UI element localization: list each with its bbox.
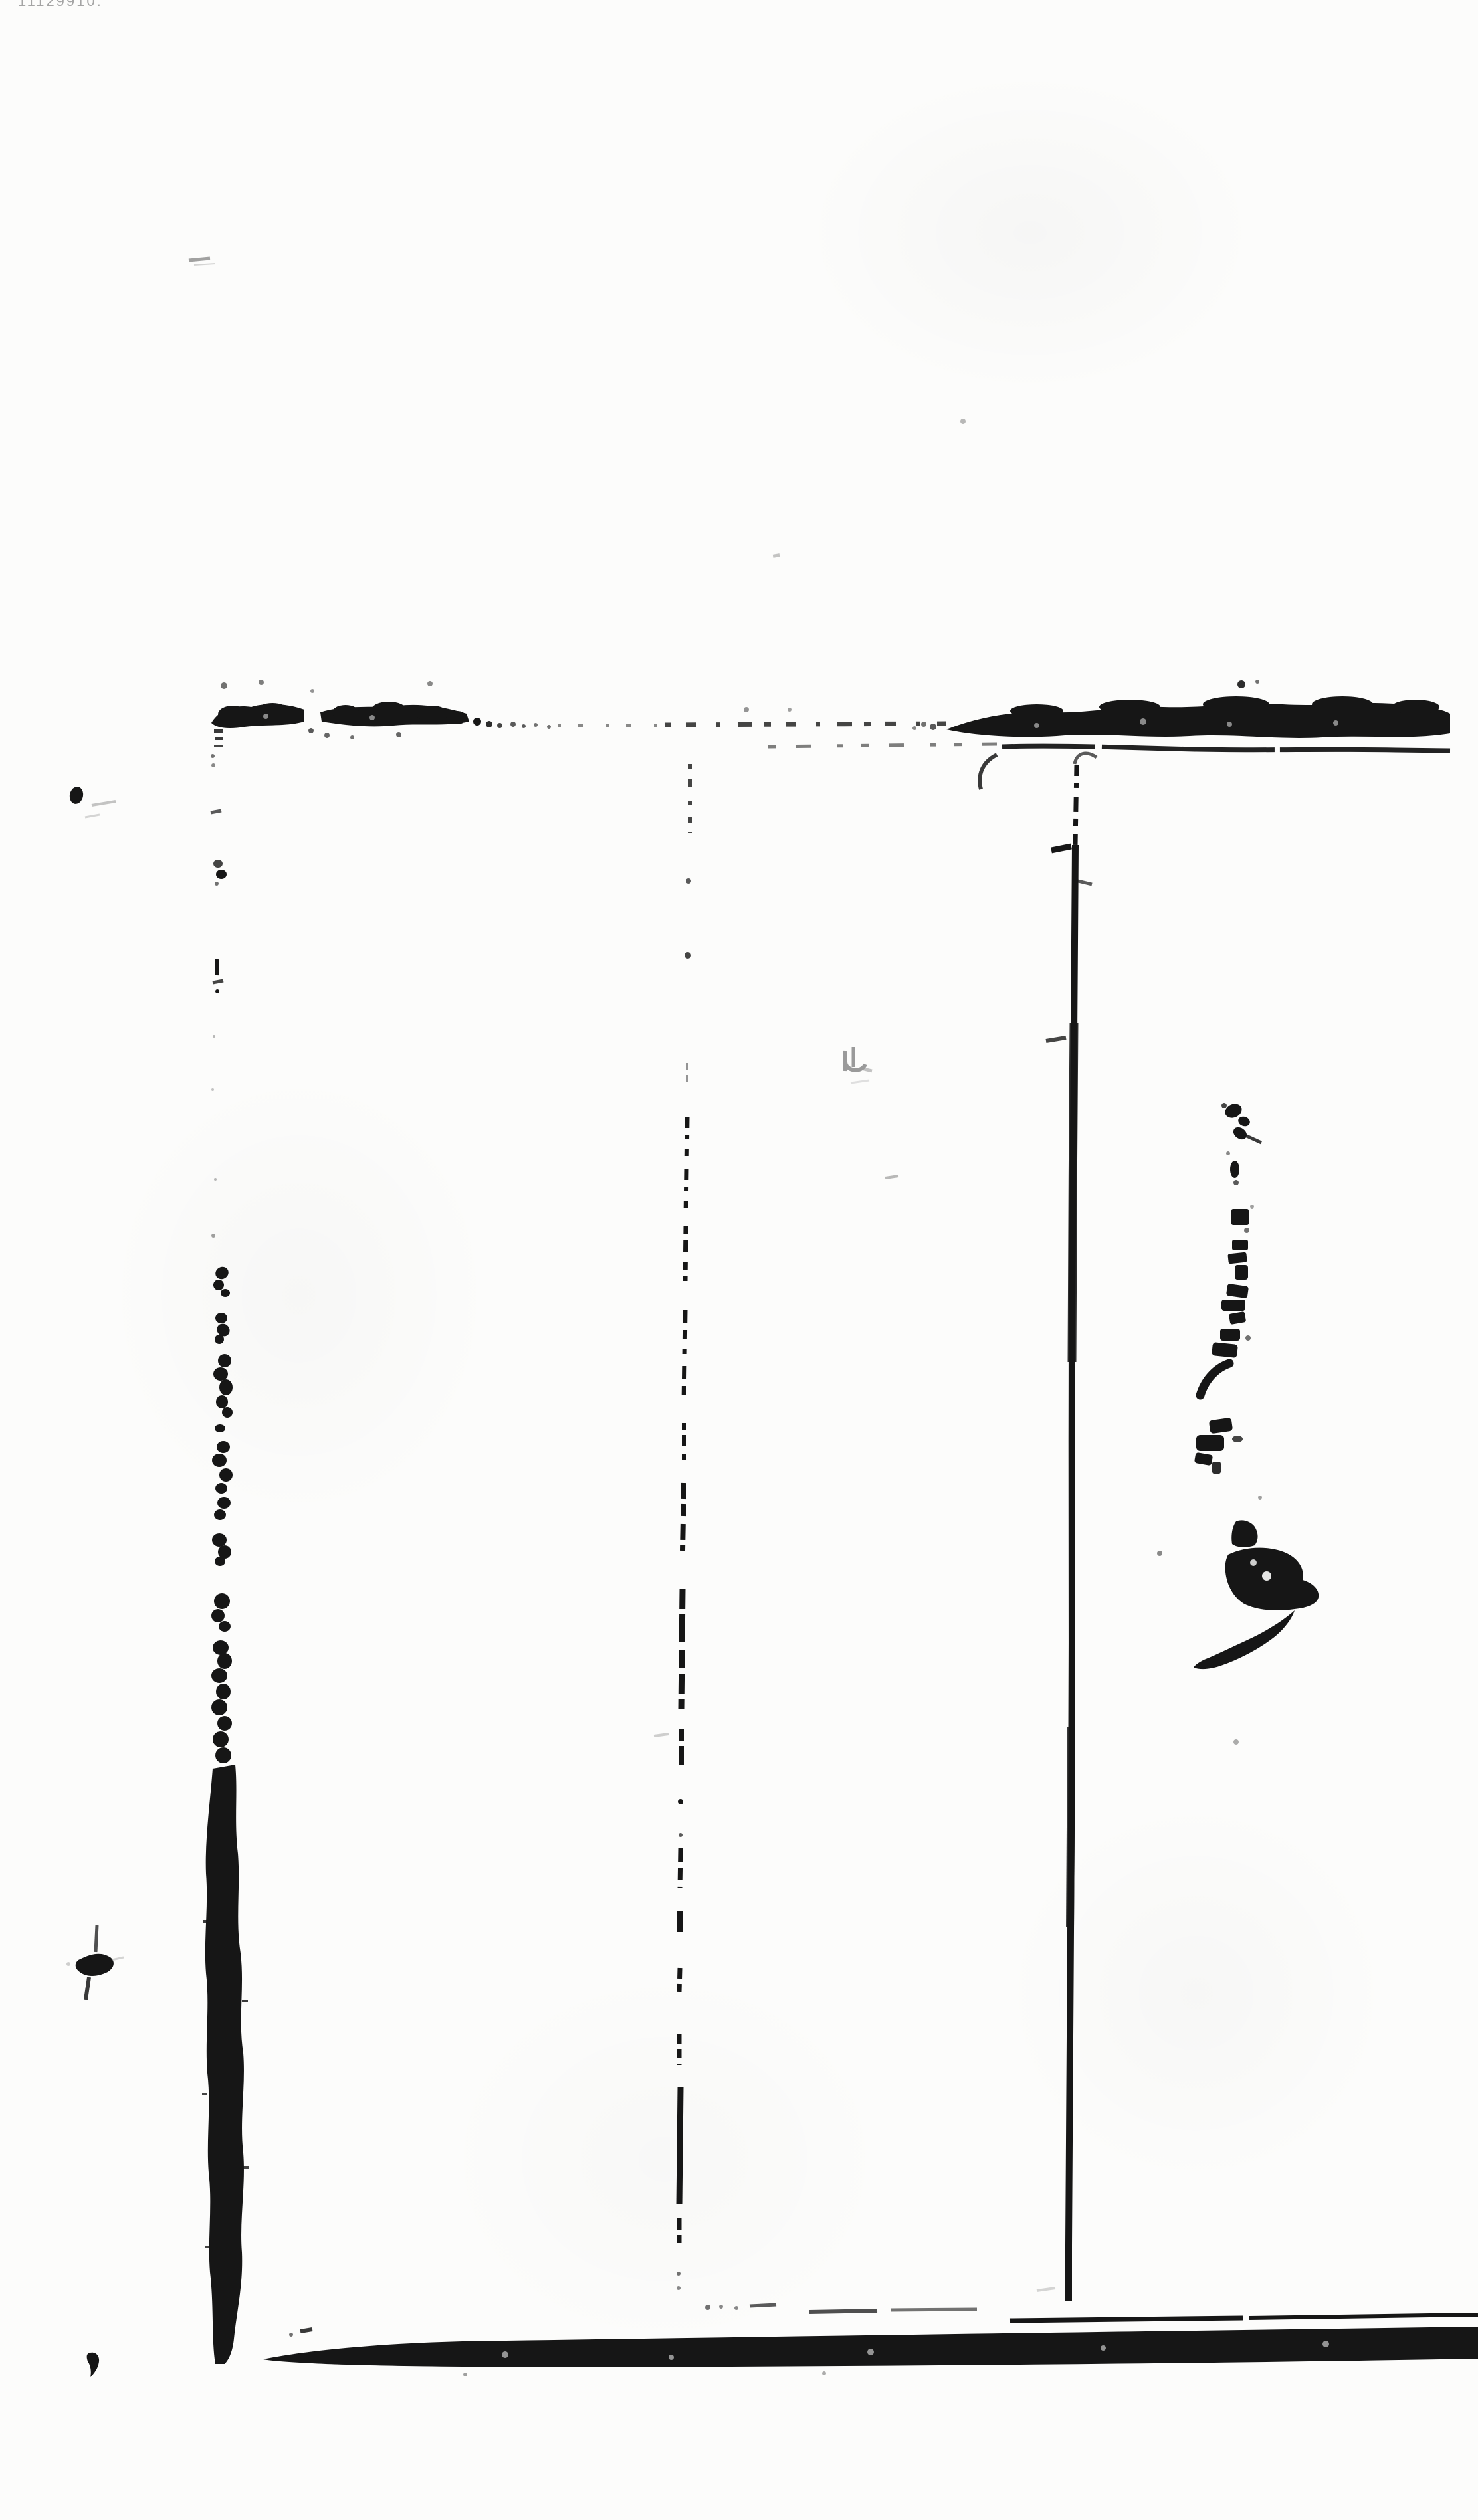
comma-ink-mark xyxy=(87,2353,99,2377)
top-border-thin-line xyxy=(768,744,1450,789)
top-border-ink xyxy=(211,680,1450,739)
page-scan-ink xyxy=(0,0,1478,2520)
margin-ink-specks xyxy=(66,258,966,2377)
column-rule-left-dotted xyxy=(677,764,691,2290)
bottom-border-ink xyxy=(263,2305,1478,2376)
left-border-bleedthrough-marks xyxy=(211,1264,233,1763)
scanned-page: 11129910. xyxy=(0,0,1478,2520)
ink-hook-mark xyxy=(980,755,997,789)
arrow-ink-mark xyxy=(66,1925,124,2000)
column-rule-right xyxy=(1037,753,1097,2301)
large-ink-blot xyxy=(1157,1520,1319,1745)
faint-smudge-mark xyxy=(845,1047,872,1083)
bleedthrough-character-smudges xyxy=(1194,1101,1262,1500)
